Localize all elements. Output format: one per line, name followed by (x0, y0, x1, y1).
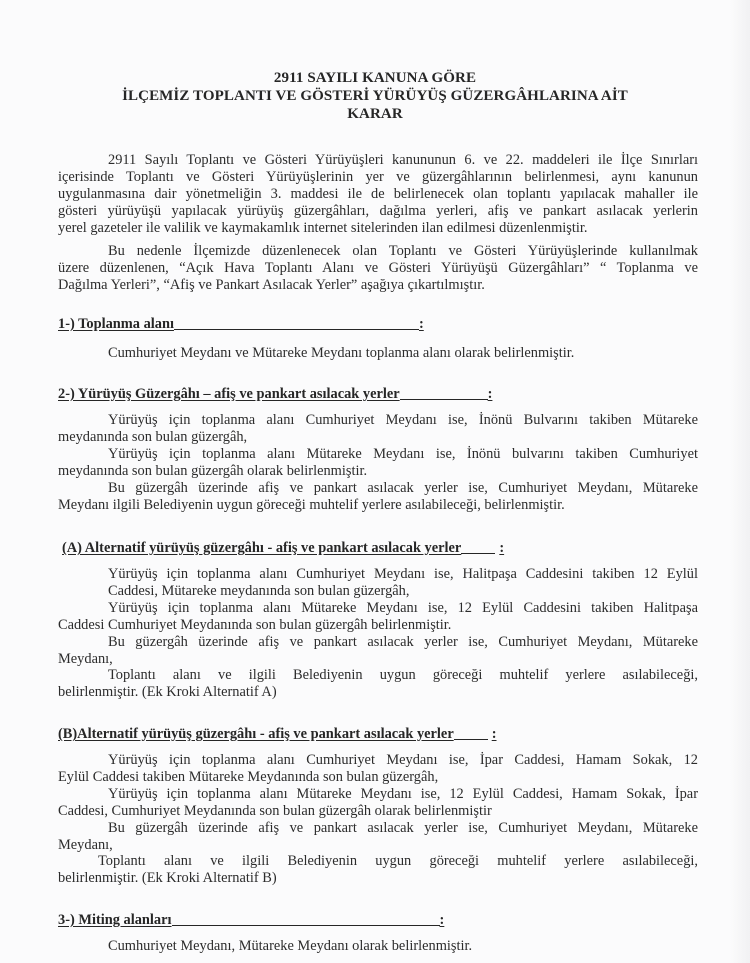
intro-paragraph-2: Bu nedenle İlçemizde düzenlenecek olan T… (58, 243, 698, 294)
text-line: Meydanı ilgili Belediyenin uygun göreceğ… (58, 497, 698, 514)
section-heading-text: 3-) Miting alanları (58, 912, 172, 928)
text-line: Toplantı alanı ve ilgili Belediyenin uyg… (58, 667, 698, 684)
text-line: Meydanı, (58, 651, 698, 668)
section-b-heading: (B)Alternatif yürüyüş güzergâhı - afiş v… (58, 726, 497, 743)
section-1-heading: 1-) Toplanma alanı: (58, 316, 424, 333)
section-a-body: Yürüyüş için toplanma alanı Cumhuriyet M… (58, 566, 698, 701)
text-line: meydanında son bulan güzergâh, (58, 429, 698, 446)
text-line: içerisinde Toplantı ve Gösteri Yürüyüşle… (58, 169, 698, 186)
text-line: Caddesi Cumhuriyet Meydanında son bulan … (58, 617, 698, 634)
section-2-body: Yürüyüş için toplanma alanı Cumhuriyet M… (58, 412, 698, 513)
text-line: Yürüyüş için toplanma alanı Mütareke Mey… (58, 446, 698, 463)
section-3-heading: 3-) Miting alanları: (58, 912, 444, 929)
section-2-heading: 2-) Yürüyüş Güzergâhı – afiş ve pankart … (58, 386, 492, 403)
text-line: 2911 Sayılı Toplantı ve Gösteri Yürüyüşl… (58, 152, 698, 169)
section-heading-text: (A) Alternatif yürüyüş güzergâhı - afiş … (62, 540, 461, 556)
text-line: belirlenmiştir. (Ek Kroki Alternatif B) (58, 870, 698, 887)
text-line: Caddesi, Mütareke meydanında son bulan g… (58, 583, 698, 600)
section-heading-colon: : (419, 316, 424, 332)
text-line: gösteri yürüyüşü yapılacak yürüyüş güzer… (58, 203, 698, 220)
text-line: meydanında son bulan güzergâh olarak bel… (58, 463, 698, 480)
text-line: Toplantı alanı ve ilgili Belediyenin uyg… (58, 853, 698, 870)
document-title-line-2: İLÇEMİZ TOPLANTI VE GÖSTERİ YÜRÜYÜŞ GÜZE… (0, 87, 750, 105)
text-line: Bu güzergâh üzerinde afiş ve pankart ası… (58, 480, 698, 497)
section-3-text: Cumhuriyet Meydanı, Mütareke Meydanı ola… (108, 938, 472, 955)
section-1-text: Cumhuriyet Meydanı ve Mütareke Meydanı t… (108, 345, 574, 362)
text-line: uygulanmasına dair yönetmeliğin 3. madde… (58, 186, 698, 203)
text-line: Yürüyüş için toplanma alanı Mütareke Mey… (58, 600, 698, 617)
section-heading-text: 2-) Yürüyüş Güzergâhı – afiş ve pankart … (58, 386, 400, 402)
text-line: Bu güzergâh üzerinde afiş ve pankart ası… (58, 634, 698, 651)
text-line: Yürüyüş için toplanma alanı Cumhuriyet M… (58, 412, 698, 429)
document-title-line-3: KARAR (0, 105, 750, 123)
section-b-body: Yürüyüş için toplanma alanı Cumhuriyet M… (58, 752, 698, 887)
text-line: üzere düzenlenen, “Açık Hava Toplantı Al… (58, 260, 698, 277)
section-heading-colon: : (488, 726, 497, 742)
text-line: Yürüyüş için toplanma alanı Cumhuriyet M… (58, 566, 698, 583)
section-heading-colon: : (495, 540, 504, 556)
section-heading-colon: : (488, 386, 493, 402)
text-line: Dağılma Yerleri”, “Afiş ve Pankart Asıla… (58, 277, 698, 294)
intro-paragraph-1: 2911 Sayılı Toplantı ve Gösteri Yürüyüşl… (58, 152, 698, 237)
text-line: Yürüyüş için toplanma alanı Mütareke Mey… (58, 786, 698, 803)
text-line: Bu nedenle İlçemizde düzenlenecek olan T… (58, 243, 698, 260)
text-line: Bu güzergâh üzerinde afiş ve pankart ası… (58, 820, 698, 837)
document-title-line-1: 2911 SAYILI KANUNA GÖRE (0, 69, 750, 87)
text-line: yerel gazeteler ile valilik ve kaymakaml… (58, 220, 698, 237)
text-line: Eylül Caddesi takiben Mütareke Meydanınd… (58, 769, 698, 786)
text-line: Meydanı, (58, 837, 698, 854)
section-heading-colon: : (440, 912, 445, 928)
text-line: Yürüyüş için toplanma alanı Cumhuriyet M… (58, 752, 698, 769)
section-heading-text: (B)Alternatif yürüyüş güzergâhı - afiş v… (58, 726, 454, 742)
text-line: belirlenmiştir. (Ek Kroki Alternatif A) (58, 684, 698, 701)
section-heading-text: 1-) Toplanma alanı (58, 316, 174, 332)
text-line: Caddesi, Cumhuriyet Meydanında son bulan… (58, 803, 698, 820)
document-page: 2911 SAYILI KANUNA GÖRE İLÇEMİZ TOPLANTI… (0, 0, 750, 963)
section-a-heading: (A) Alternatif yürüyüş güzergâhı - afiş … (62, 540, 504, 557)
